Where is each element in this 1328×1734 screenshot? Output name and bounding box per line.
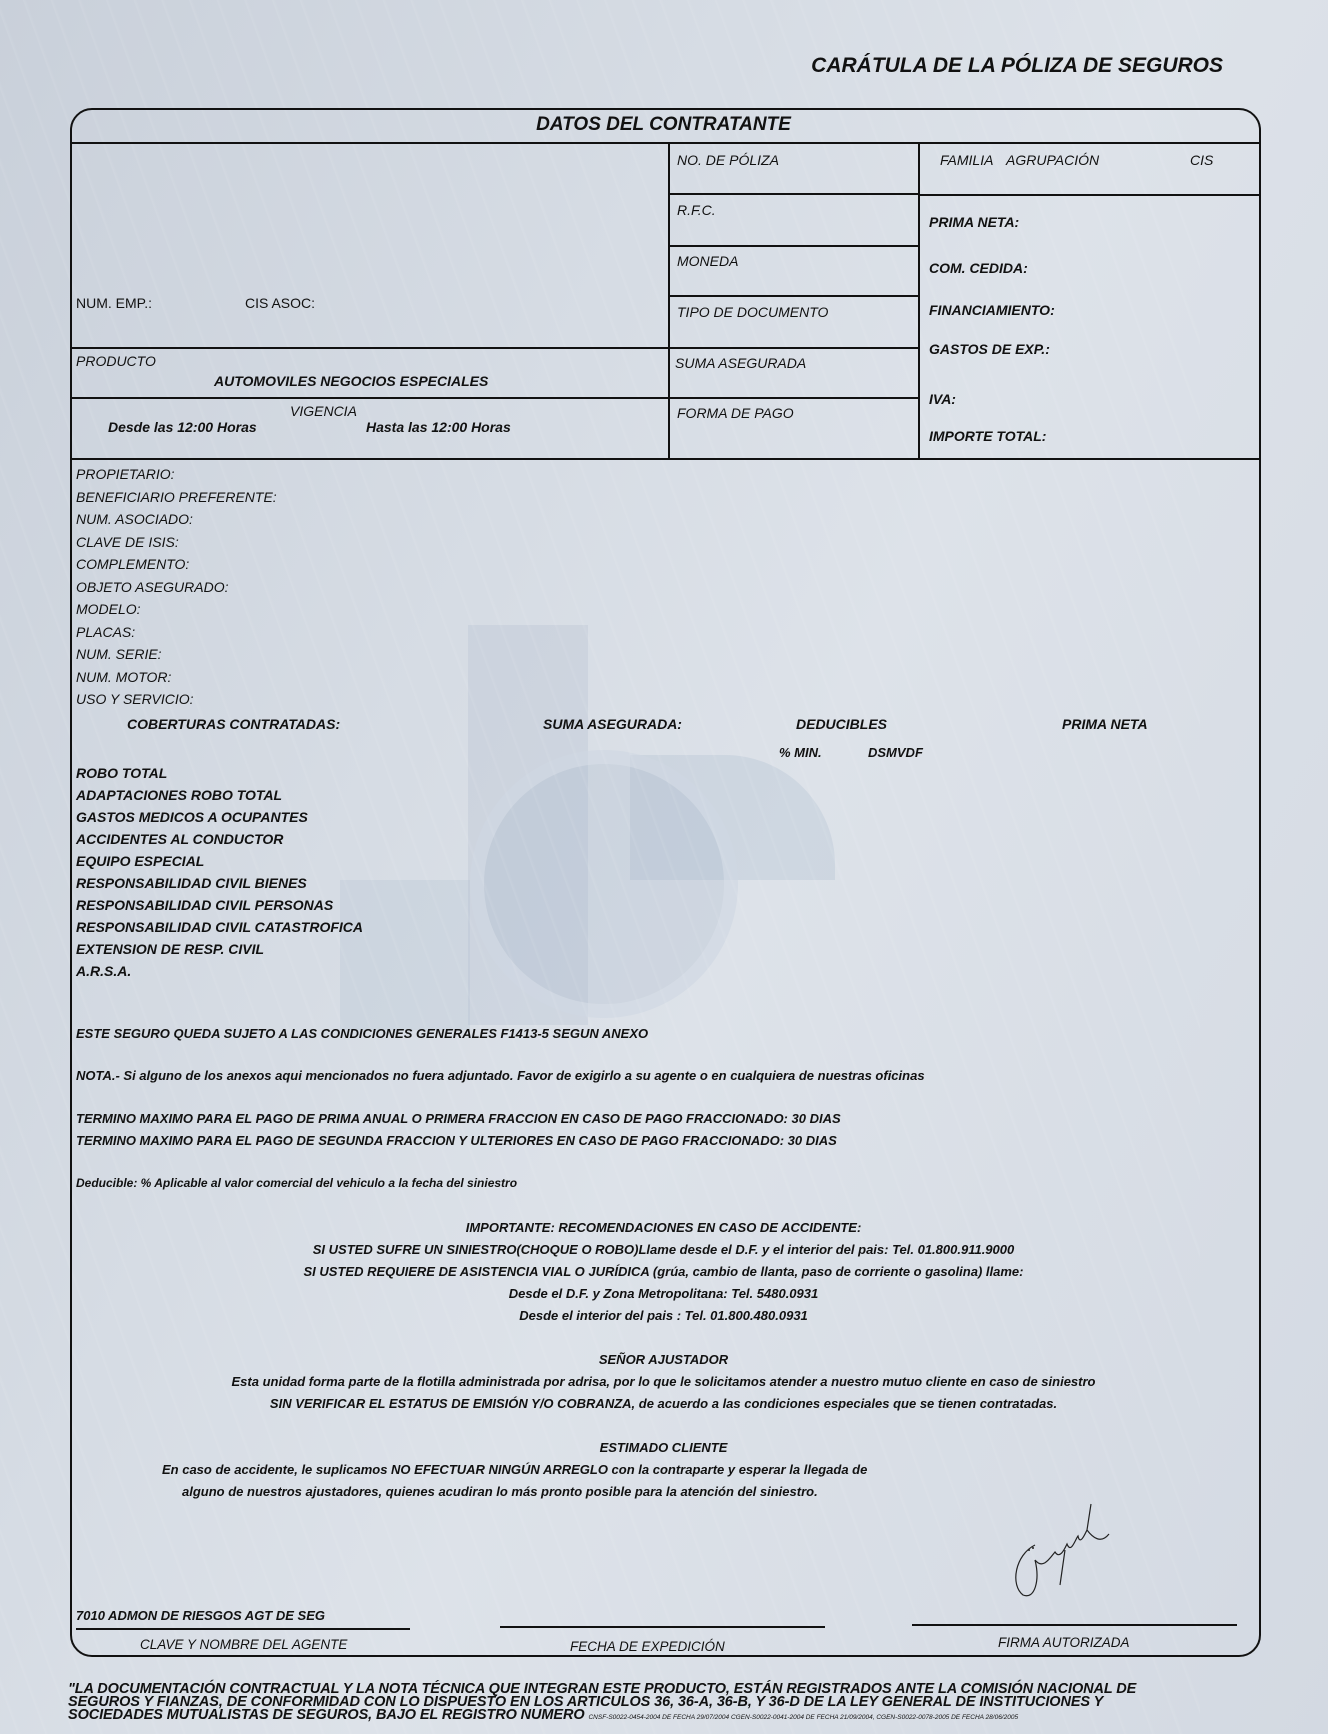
cliente-line-1: En caso de accidente, le suplicamos NO E…: [162, 1462, 867, 1477]
divider: [70, 458, 1259, 460]
divider: [918, 194, 1259, 196]
divider: [668, 142, 670, 458]
familia-label: FAMILIA: [940, 152, 993, 168]
fecha-signature-line: [500, 1626, 825, 1628]
divider: [70, 347, 918, 349]
dsmvdf-header: DSMVDF: [868, 745, 923, 760]
suma-asegurada-label: SUMA ASEGURADA: [675, 355, 806, 371]
cliente-line-2: alguno de nuestros ajustadores, quienes …: [182, 1484, 818, 1499]
divider: [668, 245, 918, 247]
pct-min-header: % MIN.: [779, 745, 822, 760]
divider: [918, 142, 920, 458]
divider: [668, 295, 918, 297]
coverage-item: EXTENSION DE RESP. CIVIL: [76, 938, 363, 960]
important-line-1: SI USTED SUFRE UN SINIESTRO(CHOQUE O ROB…: [70, 1242, 1257, 1257]
tipo-documento-label: TIPO DE DOCUMENTO: [677, 304, 828, 320]
divider: [668, 193, 918, 195]
vigencia-desde: Desde las 12:00 Horas: [108, 419, 257, 435]
coverage-item: EQUIPO ESPECIAL: [76, 850, 363, 872]
agent-signature-line: [76, 1628, 410, 1630]
document-title: CARÁTULA DE LA PÓLIZA DE SEGUROS: [811, 54, 1223, 78]
producto-value: AUTOMOVILES NEGOCIOS ESPECIALES: [214, 373, 488, 389]
signature-icon: [1005, 1500, 1115, 1605]
divider: [70, 142, 1259, 144]
registration-numbers: CNSF-S0022-0454-2004 DE FECHA 29/07/2004…: [588, 1714, 1018, 1721]
ajustador-line-1: Esta unidad forma parte de la flotilla a…: [70, 1374, 1257, 1389]
cliente-title: ESTIMADO CLIENTE: [70, 1440, 1257, 1455]
section-title: DATOS DEL CONTRATANTE: [70, 114, 1257, 136]
footer-line-3: SOCIEDADES MUTUALISTAS DE SEGUROS, BAJO …: [68, 1707, 585, 1723]
vigencia-label: VIGENCIA: [290, 403, 357, 419]
termino-note-1: TERMINO MAXIMO PARA EL PAGO DE PRIMA ANU…: [76, 1111, 841, 1126]
rfc-label: R.F.C.: [677, 202, 716, 218]
field-propietario: PROPIETARIO:: [76, 463, 277, 486]
deducible-note: Deducible: % Aplicable al valor comercia…: [76, 1176, 517, 1190]
agent-label: CLAVE Y NOMBRE DEL AGENTE: [140, 1637, 347, 1652]
field-placas: PLACAS:: [76, 621, 277, 644]
iva-label: IVA:: [929, 391, 956, 407]
prima-neta-header: PRIMA NETA: [1062, 716, 1148, 732]
field-num-motor: NUM. MOTOR:: [76, 666, 277, 689]
coverage-item: ADAPTACIONES ROBO TOTAL: [76, 784, 363, 806]
important-title: IMPORTANTE: RECOMENDACIONES EN CASO DE A…: [70, 1220, 1257, 1235]
gastos-exp-label: GASTOS DE EXP.:: [929, 341, 1050, 357]
field-num-asociado: NUM. ASOCIADO:: [76, 508, 277, 531]
producto-label: PRODUCTO: [76, 353, 156, 369]
coverage-item: RESPONSABILIDAD CIVIL PERSONAS: [76, 894, 363, 916]
financiamiento-label: FINANCIAMIENTO:: [929, 302, 1055, 318]
important-line-2: SI USTED REQUIERE DE ASISTENCIA VIAL O J…: [70, 1264, 1257, 1279]
num-emp-label: NUM. EMP.:: [76, 295, 152, 311]
agrupacion-label: AGRUPACIÓN: [1006, 152, 1099, 168]
coverage-item: ACCIDENTES AL CONDUCTOR: [76, 828, 363, 850]
ajustador-title: SEÑOR AJUSTADOR: [70, 1352, 1257, 1367]
firma-signature-line: [912, 1624, 1237, 1626]
field-objeto-asegurado: OBJETO ASEGURADO:: [76, 576, 277, 599]
cis-asoc-label: CIS ASOC:: [245, 295, 315, 311]
cis-label: CIS: [1190, 152, 1213, 168]
forma-pago-label: FORMA DE PAGO: [677, 405, 794, 421]
fecha-label: FECHA DE EXPEDICIÓN: [570, 1639, 725, 1654]
coverage-item: RESPONSABILIDAD CIVIL BIENES: [76, 872, 363, 894]
suma-asegurada-header: SUMA ASEGURADA:: [543, 716, 682, 732]
termino-note-2: TERMINO MAXIMO PARA EL PAGO DE SEGUNDA F…: [76, 1133, 837, 1148]
field-num-serie: NUM. SERIE:: [76, 643, 277, 666]
com-cedida-label: COM. CEDIDA:: [929, 260, 1028, 276]
coverage-item: ROBO TOTAL: [76, 762, 363, 784]
coverage-item: GASTOS MEDICOS A OCUPANTES: [76, 806, 363, 828]
vigencia-hasta: Hasta las 12:00 Horas: [366, 419, 511, 435]
coberturas-header: COBERTURAS CONTRATADAS:: [127, 716, 340, 732]
condiciones-note: ESTE SEGURO QUEDA SUJETO A LAS CONDICION…: [76, 1026, 648, 1041]
no-poliza-label: NO. DE PÓLIZA: [677, 152, 779, 168]
divider: [70, 397, 918, 399]
vehicle-fields: PROPIETARIO: BENEFICIARIO PREFERENTE: NU…: [76, 463, 277, 711]
field-complemento: COMPLEMENTO:: [76, 553, 277, 576]
field-modelo: MODELO:: [76, 598, 277, 621]
anexos-note: NOTA.- Si alguno de los anexos aqui menc…: [76, 1068, 925, 1083]
firma-label: FIRMA AUTORIZADA: [998, 1635, 1130, 1650]
field-beneficiario: BENEFICIARIO PREFERENTE:: [76, 486, 277, 509]
field-uso-servicio: USO Y SERVICIO:: [76, 688, 277, 711]
coverage-list: ROBO TOTAL ADAPTACIONES ROBO TOTAL GASTO…: [76, 762, 363, 982]
importe-total-label: IMPORTE TOTAL:: [929, 428, 1046, 444]
field-clave-isis: CLAVE DE ISIS:: [76, 531, 277, 554]
coverage-item: A.R.S.A.: [76, 960, 363, 982]
important-line-4: Desde el interior del pais : Tel. 01.800…: [70, 1308, 1257, 1323]
moneda-label: MONEDA: [677, 253, 738, 269]
agent-value: 7010 ADMON DE RIESGOS AGT DE SEG: [76, 1608, 325, 1623]
prima-neta-label: PRIMA NETA:: [929, 214, 1019, 230]
deducibles-header: DEDUCIBLES: [796, 716, 887, 732]
coverage-item: RESPONSABILIDAD CIVIL CATASTROFICA: [76, 916, 363, 938]
legal-footer: "LA DOCUMENTACIÓN CONTRACTUAL Y LA NOTA …: [68, 1683, 1136, 1724]
ajustador-line-2: SIN VERIFICAR EL ESTATUS DE EMISIÓN Y/O …: [70, 1396, 1257, 1411]
important-line-3: Desde el D.F. y Zona Metropolitana: Tel.…: [70, 1286, 1257, 1301]
